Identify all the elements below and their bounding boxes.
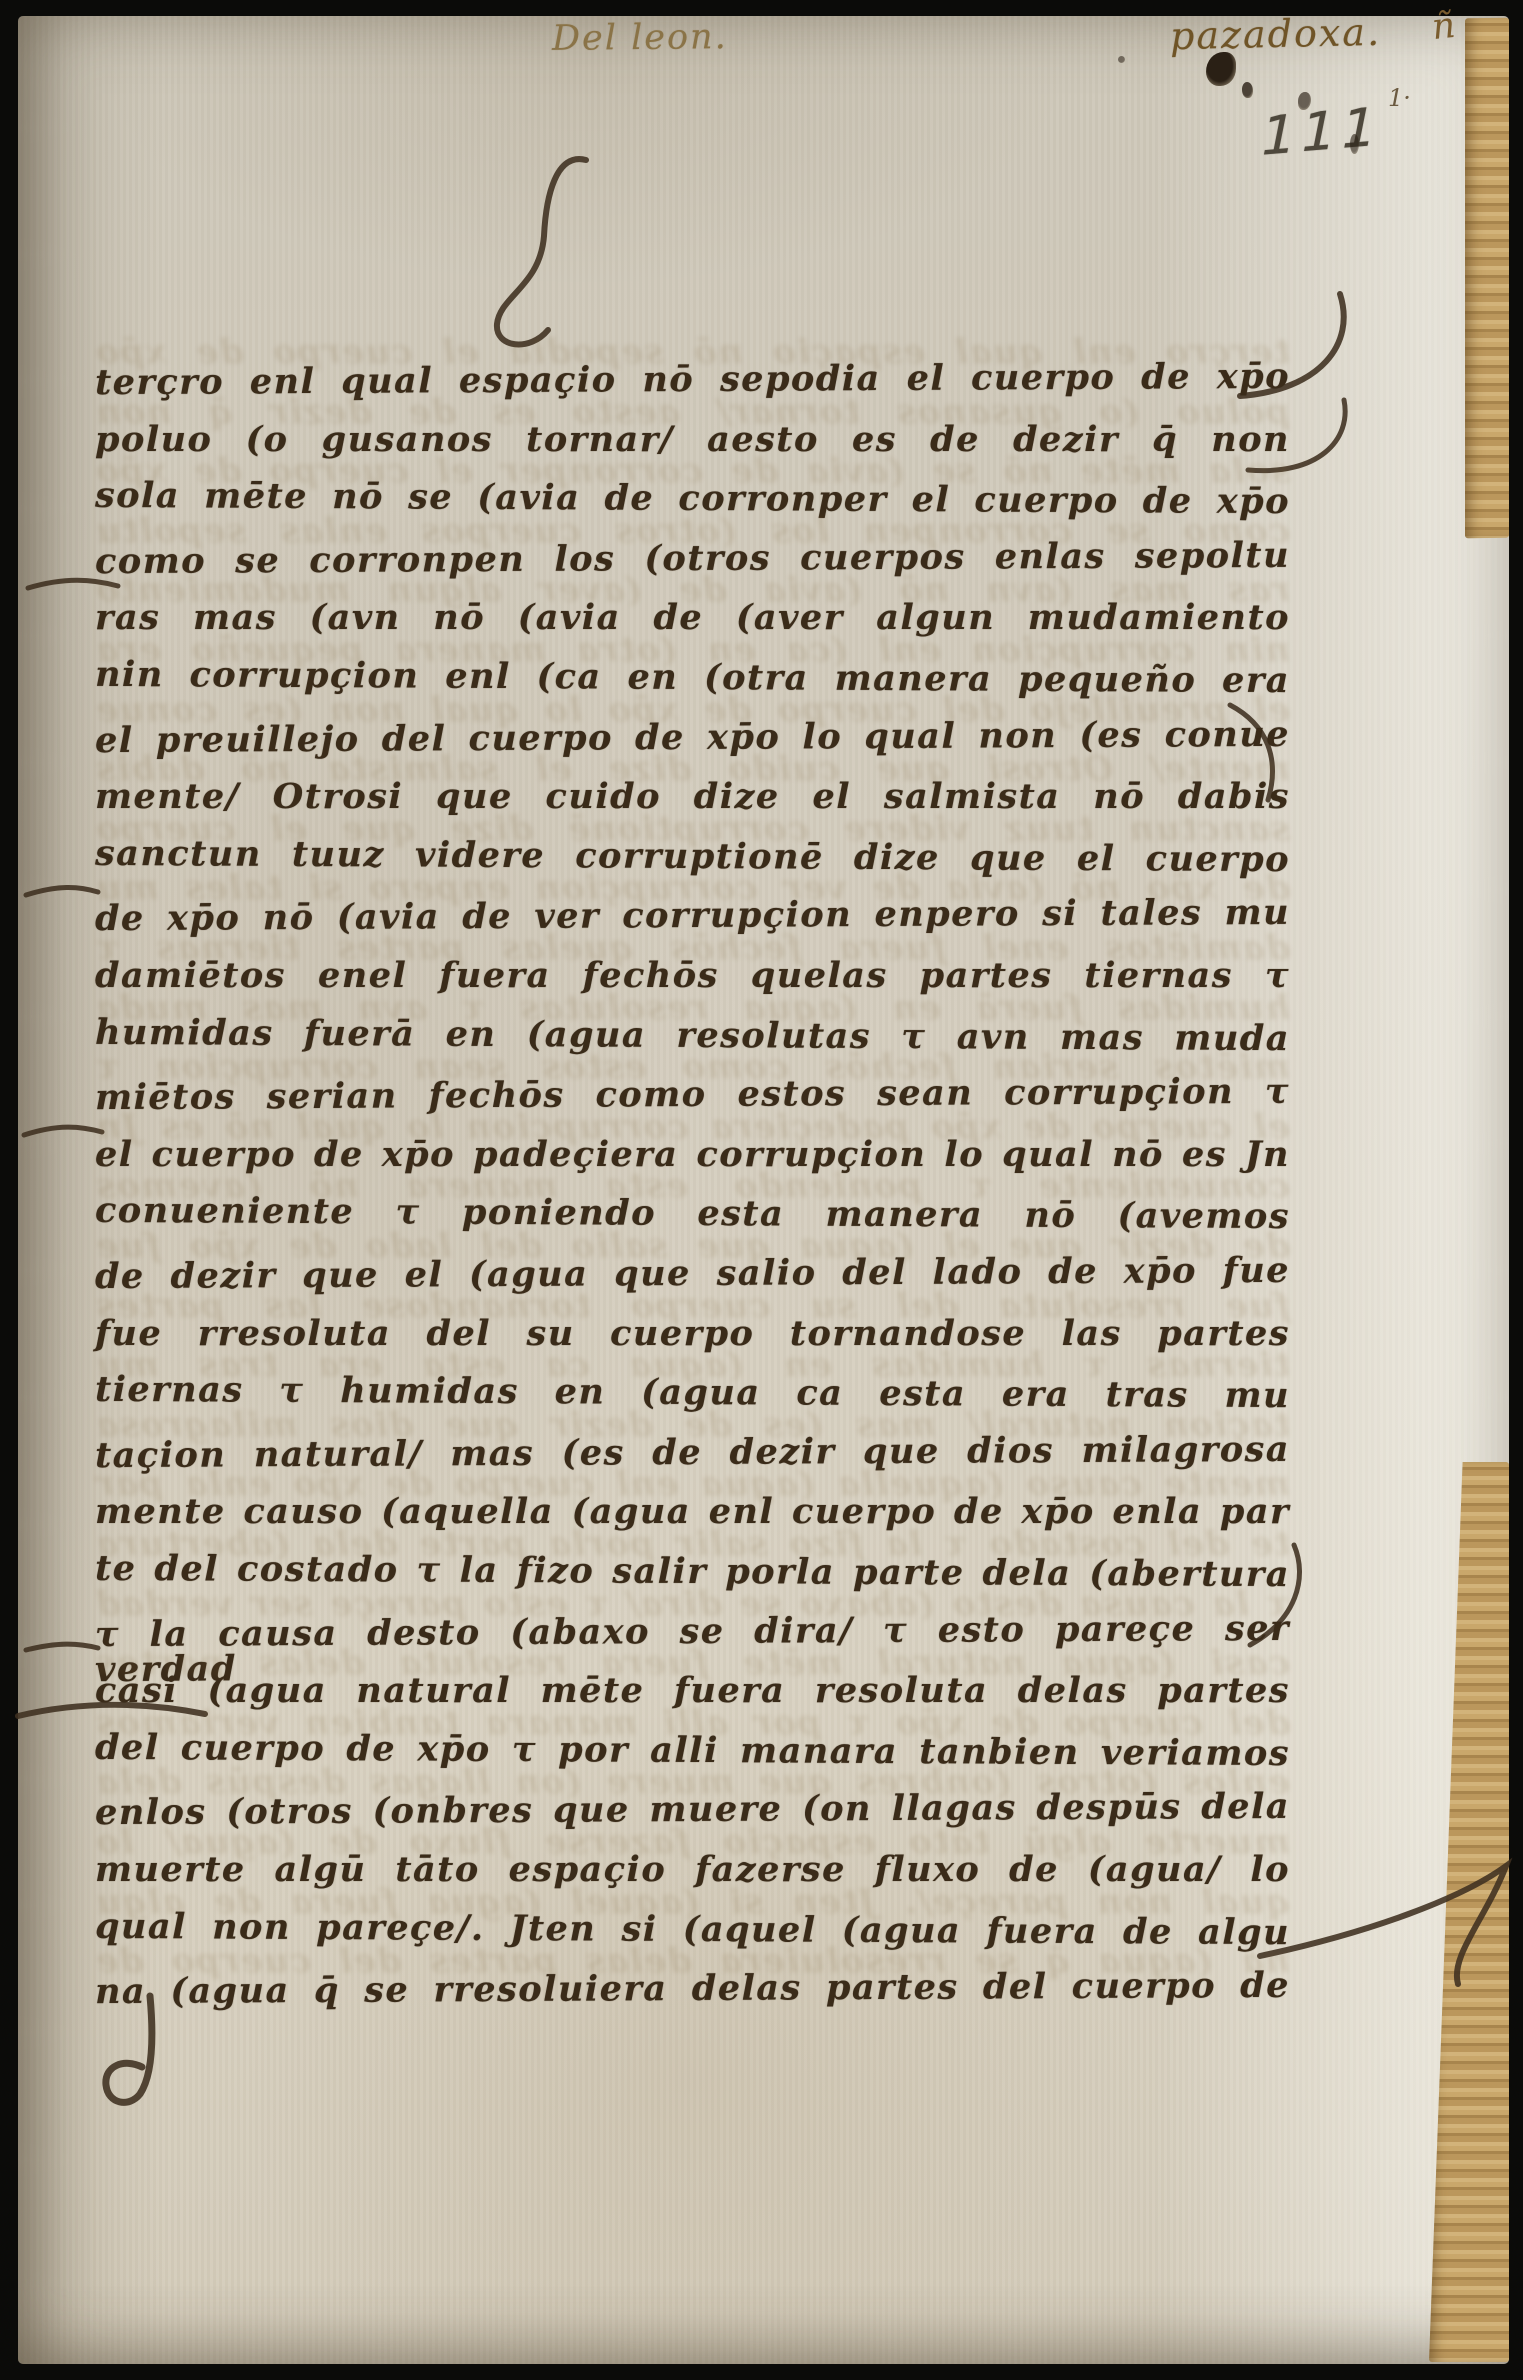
manuscript-text-block: terçro enl qual espaçio nō sepodia el cu… bbox=[0, 0, 1523, 2380]
photograph-background: Del leon. pazadoxa. ñ 1· 111 terçro enl … bbox=[0, 0, 1523, 2380]
manuscript-line: na (agua q̄ se rresoluiera delas partes … bbox=[95, 1968, 1290, 2009]
